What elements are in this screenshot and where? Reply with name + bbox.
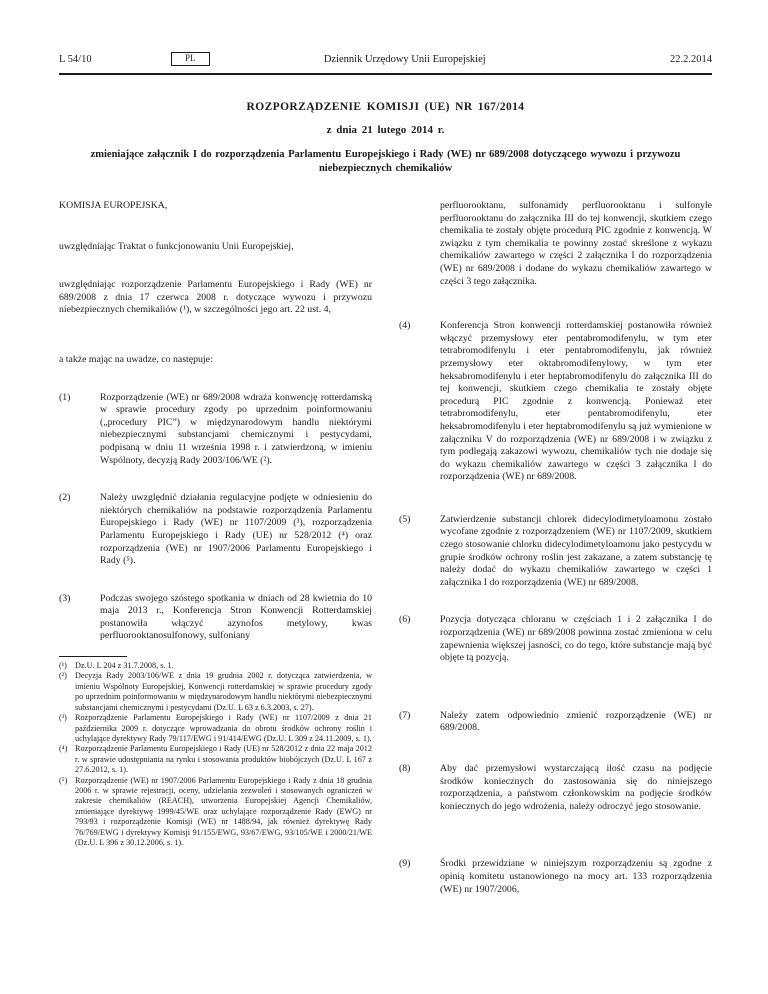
recital-6: (6) Pozycja dotycząca chloranu w częścia… [399, 614, 712, 664]
recital-5: (5) Zatwierdzenie substancji chlorek did… [399, 514, 712, 590]
footnote-text: Rozporządzenie Parlamentu Europejskiego … [75, 713, 372, 744]
recital-number: (1) [59, 392, 100, 468]
language-code-badge: PL [171, 52, 210, 66]
recital-number: (2) [59, 492, 100, 568]
recital-text: Należy zatem odpowiednio zmienić rozporz… [440, 710, 712, 735]
recital-number: (4) [399, 320, 440, 484]
footnote-number: (¹) [59, 661, 75, 671]
regulation-subtitle: zmieniające załącznik I do rozporządzeni… [59, 148, 712, 175]
journal-issue-number: L 54/10 [59, 54, 171, 65]
footnote-number: (⁴) [59, 744, 75, 775]
recital-number: (6) [399, 614, 440, 664]
recital-number: (5) [399, 514, 440, 590]
recital-4: (4) Konferencja Stron konwencji rotterda… [399, 320, 712, 484]
recital-8: (8) Aby dać przemysłowi wystarczającą il… [399, 763, 712, 813]
footnote-3: (³) Rozporządzenie Parlamentu Europejski… [59, 713, 372, 744]
header-divider [59, 73, 712, 75]
footnote-4: (⁴) Rozporządzenie Parlamentu Europejski… [59, 744, 372, 775]
preamble-commission: KOMISJA EUROPEJSKA, [59, 200, 372, 213]
recital-2: (2) Należy uwzględnić działania regulacy… [59, 492, 372, 568]
recital-text: Konferencja Stron konwencji rotterdamski… [440, 320, 712, 484]
recital-text: Rozporządzenie (WE) nr 689/2008 wdraża k… [100, 392, 372, 468]
regulation-title: ROZPORZĄDZENIE KOMISJI (UE) NR 167/2014 [59, 101, 712, 113]
recital-number: (7) [399, 710, 440, 735]
page-header: L 54/10 PL Dziennik Urzędowy Unii Europe… [59, 52, 712, 66]
two-column-body: KOMISJA EUROPEJSKA, uwzględniając Trakta… [59, 200, 712, 896]
footnote-2: (²) Decyzja Rady 2003/106/WE z dnia 19 g… [59, 671, 372, 713]
recital-text: Środki przewidziane w niniejszym rozporz… [440, 858, 712, 896]
footnote-number: (²) [59, 671, 75, 713]
recital-text: Należy uwzględnić działania regulacyjne … [100, 492, 372, 568]
regulation-title-block: ROZPORZĄDZENIE KOMISJI (UE) NR 167/2014 … [59, 101, 712, 175]
official-journal-page: L 54/10 PL Dziennik Urzędowy Unii Europe… [0, 0, 768, 994]
footnote-divider [59, 656, 127, 657]
recital-text: Pozycja dotycząca chloranu w częściach 1… [440, 614, 712, 664]
preamble-regulation: uwzględniając rozporządzenie Parlamentu … [59, 279, 372, 317]
publication-date: 22.2.2014 [600, 54, 712, 65]
recital-3-continuation: perfluorooktanu, sulfonamidy perfluorook… [440, 200, 712, 288]
preamble-whereas: a także mając na uwadze, co następuje: [59, 354, 372, 367]
recital-3: (3) Podczas swojego szóstego spotkania w… [59, 593, 372, 643]
footnote-1: (¹) Dz.U. L 204 z 31.7.2008, s. 1. [59, 661, 372, 671]
footnote-text: Decyzja Rady 2003/106/WE z dnia 19 grudn… [75, 671, 372, 713]
preamble-treaty: uwzględniając Traktat o funkcjonowaniu U… [59, 241, 372, 254]
recital-9: (9) Środki przewidziane w niniejszym roz… [399, 858, 712, 896]
footnotes-block: (¹) Dz.U. L 204 z 31.7.2008, s. 1. (²) D… [59, 656, 372, 848]
regulation-date-line: z dnia 21 lutego 2014 r. [59, 124, 712, 136]
journal-title: Dziennik Urzędowy Unii Europejskiej [210, 54, 600, 65]
footnote-text: Dz.U. L 204 z 31.7.2008, s. 1. [75, 661, 372, 671]
footnote-number: (⁵) [59, 776, 75, 849]
recital-number: (9) [399, 858, 440, 896]
recital-7: (7) Należy zatem odpowiednio zmienić roz… [399, 710, 712, 735]
recital-text: Podczas swojego szóstego spotkania w dni… [100, 593, 372, 643]
footnote-text: Rozporządzenie (WE) nr 1907/2006 Parlame… [75, 776, 372, 849]
recital-text: Zatwierdzenie substancji chlorek didecyl… [440, 514, 712, 590]
footnote-text: Rozporządzenie Parlamentu Europejskiego … [75, 744, 372, 775]
recital-text: Aby dać przemysłowi wystarczającą ilość … [440, 763, 712, 813]
footnote-number: (³) [59, 713, 75, 744]
footnote-5: (⁵) Rozporządzenie (WE) nr 1907/2006 Par… [59, 776, 372, 849]
recital-number: (3) [59, 593, 100, 643]
recital-1: (1) Rozporządzenie (WE) nr 689/2008 wdra… [59, 392, 372, 468]
recital-number: (8) [399, 763, 440, 813]
right-column: perfluorooktanu, sulfonamidy perfluorook… [399, 200, 712, 896]
left-column: KOMISJA EUROPEJSKA, uwzględniając Trakta… [59, 200, 372, 896]
